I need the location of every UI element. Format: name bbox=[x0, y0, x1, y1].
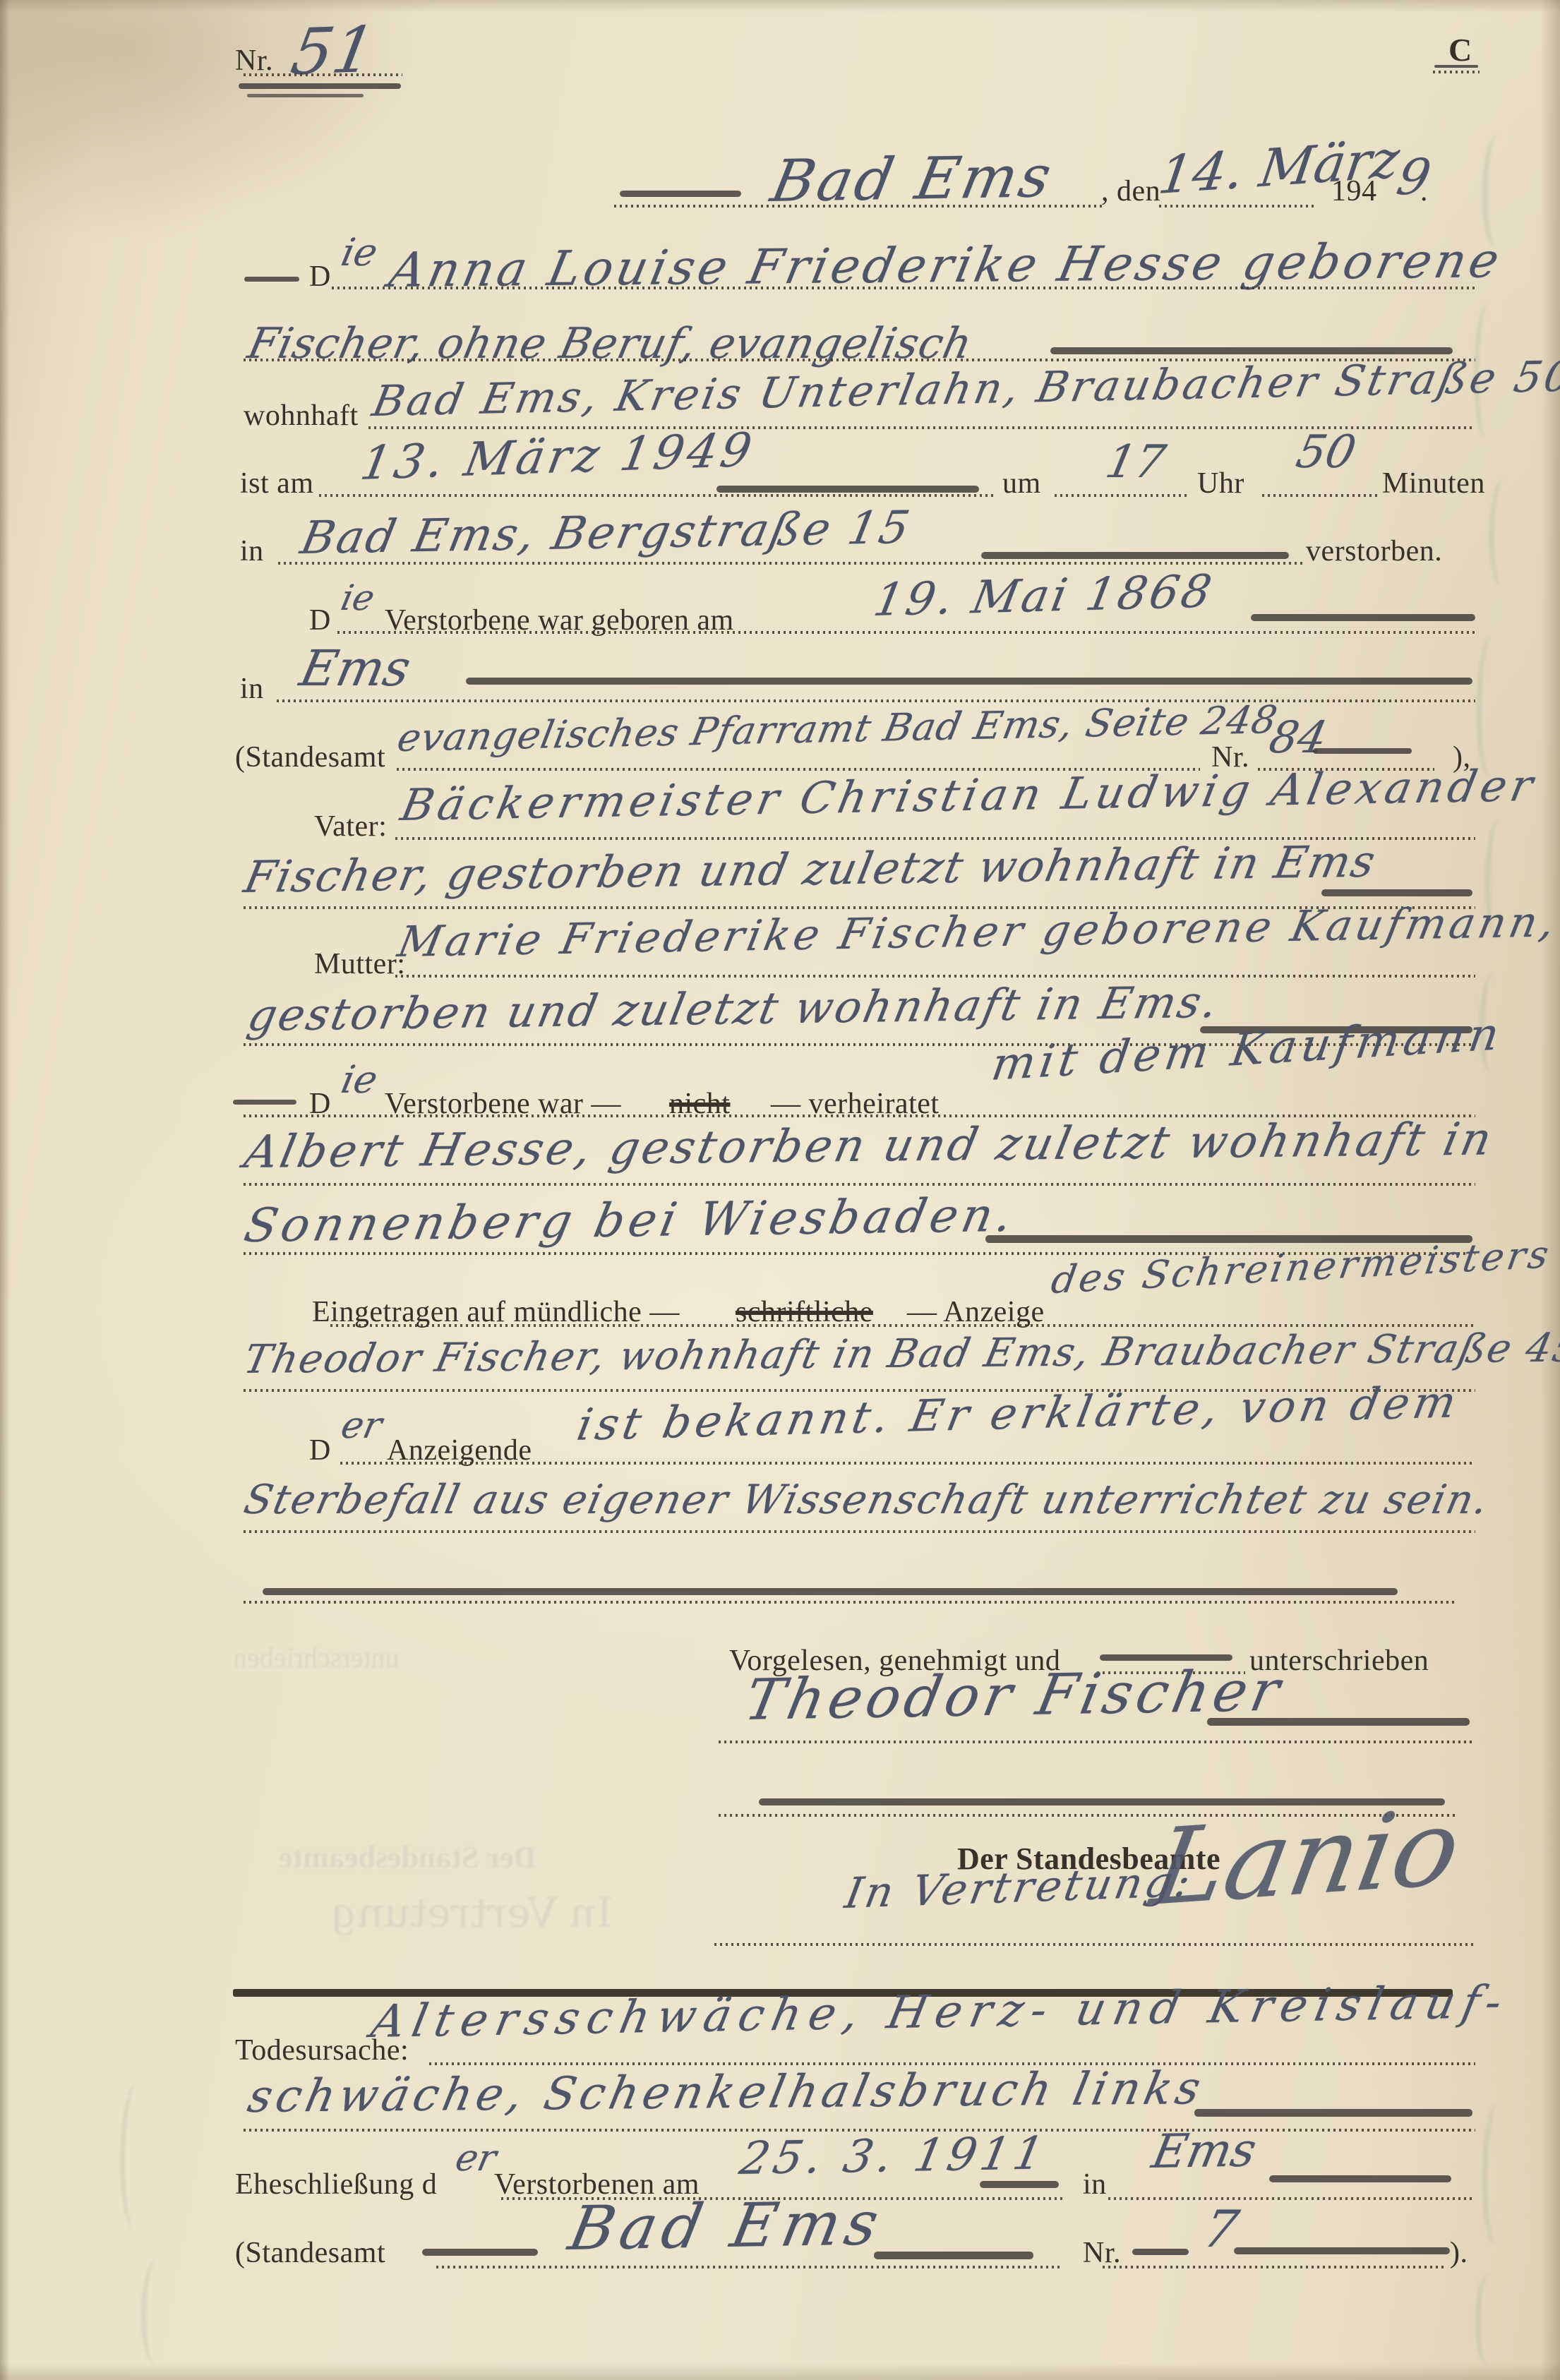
form-line bbox=[244, 1601, 1456, 1604]
ink-stroke bbox=[1434, 65, 1478, 68]
cause-value: Altersschwäche, Herz- und Kreislauf- bbox=[367, 1976, 1514, 2048]
form-line bbox=[1103, 2266, 1447, 2268]
article-d-suffix: ie bbox=[337, 1057, 382, 1102]
dateline-den-label: , den bbox=[1101, 174, 1160, 208]
form-line bbox=[1262, 494, 1379, 497]
form-line bbox=[436, 2266, 1063, 2268]
dateline-period: . bbox=[1420, 174, 1428, 208]
ink-stroke bbox=[1194, 2109, 1472, 2117]
dateline-place: Bad Ems bbox=[766, 143, 1059, 215]
record-number-label: Nr. bbox=[235, 44, 273, 78]
cause-value-continued: schwäche, Schenkelhalsbruch links bbox=[244, 2062, 1209, 2123]
marriage-date-value: 25. 3. 1911 bbox=[736, 2127, 1052, 2185]
dateline-year-printed: 194 bbox=[1331, 174, 1377, 208]
known-value-continued: Sterbefall aus eigener Wissenschaft unte… bbox=[240, 1477, 1494, 1523]
ink-stroke bbox=[244, 277, 299, 282]
nr-label: Nr. bbox=[1083, 2236, 1121, 2270]
ink-stroke bbox=[422, 2249, 538, 2256]
form-line bbox=[244, 1530, 1475, 1533]
form-line bbox=[340, 1462, 1475, 1465]
in-label: in bbox=[240, 672, 264, 706]
bleedthrough-text: unterschrieben bbox=[233, 1641, 399, 1674]
birth-place-value: Ems bbox=[295, 639, 416, 697]
marriage-registry-value: Bad Ems bbox=[563, 2188, 889, 2264]
ink-stroke bbox=[1207, 1718, 1470, 1726]
form-line bbox=[332, 287, 1475, 289]
spouse-value-continued: Albert Hesse, gestorben und zuletzt wohn… bbox=[240, 1114, 1499, 1179]
bleedthrough-stroke bbox=[1489, 480, 1514, 586]
article-d: D bbox=[309, 260, 331, 294]
form-line bbox=[714, 1943, 1477, 1946]
form-line bbox=[330, 1324, 1475, 1327]
form-line bbox=[278, 562, 1303, 565]
record-number-value: 51 bbox=[286, 13, 380, 90]
death-place-value: Bad Ems, Bergstraße 15 bbox=[296, 502, 916, 565]
bleedthrough-stroke bbox=[120, 2082, 153, 2230]
article-d-suffix: ie bbox=[337, 230, 382, 275]
article-d-suffix: er bbox=[337, 1405, 385, 1447]
birth-date-value: 19. Mai 1868 bbox=[870, 566, 1218, 627]
in-label: in bbox=[1083, 2168, 1107, 2201]
registrar-signature: Lanio bbox=[1144, 1786, 1469, 1930]
form-line bbox=[1108, 2197, 1475, 2200]
mutter-label: Mutter: bbox=[314, 947, 405, 981]
ink-stroke bbox=[981, 552, 1289, 559]
ink-stroke bbox=[620, 191, 741, 197]
um-label: um bbox=[1002, 467, 1041, 500]
verstorben-label: verstorben. bbox=[1306, 534, 1442, 568]
ink-stroke bbox=[263, 1588, 1398, 1595]
ink-stroke bbox=[874, 2252, 1033, 2259]
article-d: D bbox=[309, 603, 331, 637]
form-line bbox=[1055, 494, 1190, 497]
birth-registry-nr-value: 84 bbox=[1265, 711, 1331, 763]
known-value: ist bekannt. Er erklärte, von dem bbox=[573, 1376, 1465, 1450]
bleedthrough-stroke bbox=[1480, 974, 1504, 1073]
minuten-label: Minuten bbox=[1382, 467, 1485, 500]
informant-value-continued: Theodor Fischer, wohnhaft in Bad Ems, Br… bbox=[240, 1326, 1560, 1383]
ink-stroke bbox=[716, 486, 979, 493]
bleedthrough-text: Der Standesbeamte bbox=[279, 1839, 536, 1875]
bleedthrough-stroke bbox=[141, 2259, 172, 2364]
bleedthrough-stroke bbox=[1482, 134, 1511, 247]
mother-value-continued: gestorben und zuletzt wohnhaft in Ems. bbox=[244, 976, 1224, 1041]
article-d-suffix: ie bbox=[337, 577, 378, 618]
ink-stroke bbox=[1050, 347, 1453, 354]
ink-stroke bbox=[239, 83, 401, 89]
form-line bbox=[719, 1741, 1475, 1743]
wohnhaft-label: wohnhaft bbox=[244, 399, 359, 433]
form-line bbox=[277, 699, 1475, 702]
form-line bbox=[244, 1183, 1475, 1186]
form-line bbox=[1433, 71, 1480, 73]
bleedthrough-text: In Vertretung bbox=[327, 1889, 618, 1937]
form-line bbox=[1159, 205, 1316, 208]
ist-am-label: ist am bbox=[240, 467, 314, 500]
spouse-place: Sonnenberg bei Wiesbaden. bbox=[240, 1188, 1021, 1253]
ink-stroke bbox=[1251, 614, 1475, 621]
eheschliessung-label: Eheschließung d bbox=[235, 2168, 437, 2201]
bleedthrough-stroke bbox=[1474, 303, 1500, 438]
bleedthrough-stroke bbox=[1485, 819, 1511, 939]
standesamt-label: (Standesamt bbox=[235, 740, 385, 774]
father-value-continued: Fischer, gestorben und zuletzt wohnhaft … bbox=[240, 836, 1381, 903]
death-register-form: Nr. 51 C Bad Ems , den 14. März 194 9 . … bbox=[0, 0, 1560, 2380]
ink-stroke bbox=[466, 678, 1472, 685]
ink-stroke bbox=[1321, 889, 1472, 896]
ink-stroke bbox=[247, 94, 364, 97]
ink-stroke bbox=[1132, 2249, 1189, 2255]
ink-stroke bbox=[1234, 2247, 1450, 2254]
in-label: in bbox=[240, 534, 264, 568]
ink-stroke bbox=[233, 1100, 296, 1105]
form-line bbox=[337, 631, 1475, 634]
article-d-suffix: er bbox=[452, 2137, 500, 2180]
article-d: D bbox=[309, 1434, 331, 1467]
vater-label: Vater: bbox=[314, 810, 387, 843]
vertretung-label: In Vertretung: bbox=[841, 1857, 1196, 1918]
death-date-value: 13. März 1949 bbox=[356, 423, 760, 491]
ink-stroke bbox=[1313, 748, 1412, 754]
bleedthrough-stroke bbox=[1482, 2103, 1511, 2244]
bleedthrough-stroke bbox=[1475, 2273, 1501, 2364]
marriage-place-value: Ems bbox=[1148, 2122, 1261, 2179]
form-line bbox=[244, 73, 402, 76]
form-line bbox=[395, 975, 1475, 978]
bleedthrough-stroke bbox=[1477, 635, 1504, 776]
birth-registry-value: evangelisches Pfarramt Bad Ems, Seite 24… bbox=[394, 697, 1281, 760]
death-minute-value: 50 bbox=[1292, 426, 1360, 479]
paren-close: ). bbox=[1450, 2236, 1468, 2270]
corner-mark: C bbox=[1448, 31, 1472, 68]
uhr-label: Uhr bbox=[1197, 467, 1244, 500]
death-hour-value: 17 bbox=[1101, 436, 1170, 488]
ink-stroke bbox=[1269, 2175, 1451, 2182]
standesamt-label: (Standesamt bbox=[235, 2236, 385, 2270]
form-line bbox=[319, 494, 995, 497]
ink-stroke bbox=[980, 2181, 1059, 2188]
